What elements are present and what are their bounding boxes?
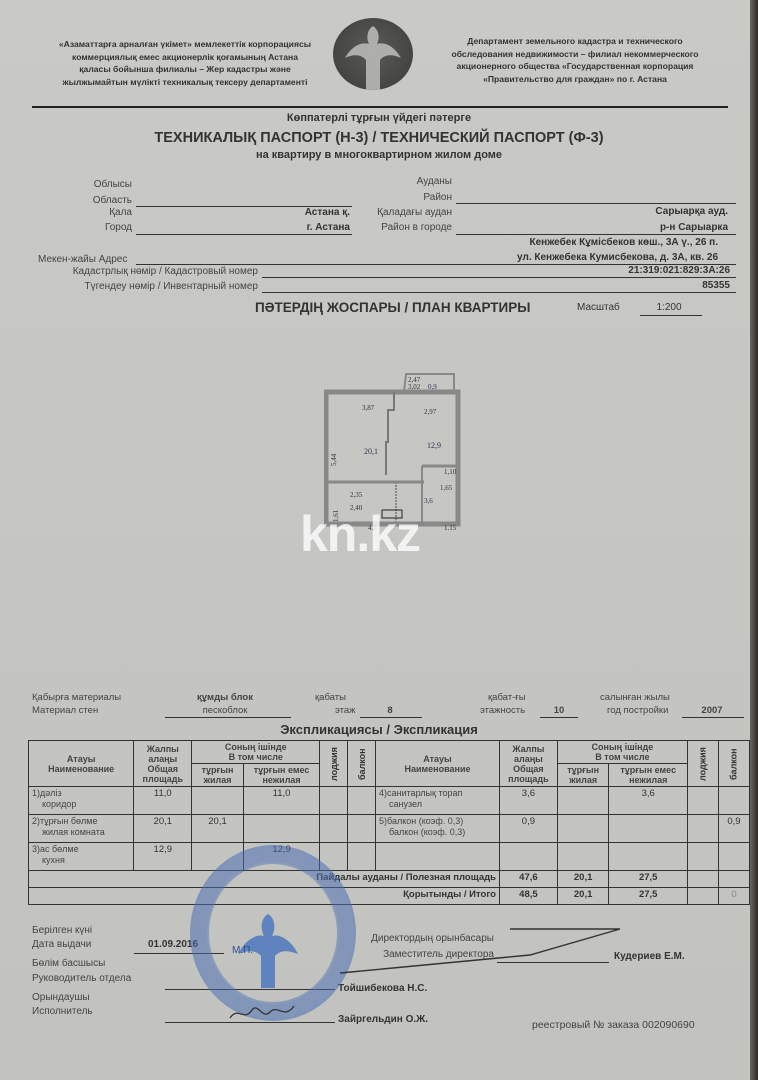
room-name-kz: 4)санитарлық торап xyxy=(379,788,496,799)
city-district-line xyxy=(456,234,736,235)
room-balcony xyxy=(348,815,376,843)
table-row: 2)тұрғын бөлмежилая комната20,120,15)бал… xyxy=(29,815,750,843)
header-text: Соның ішінде xyxy=(561,742,684,752)
room-nonliving xyxy=(243,815,319,843)
year-label-kz: салынған жылы xyxy=(600,692,670,703)
room-nonliving: 3,6 xyxy=(609,787,688,815)
address-value-ru: ул. Кенжебека Кумисбекова, д. 3А, кв. 26 xyxy=(440,252,718,263)
header-balcony: балкон xyxy=(718,741,749,787)
oblys-label-kz: Облысы xyxy=(40,179,132,190)
floors-line xyxy=(540,717,578,718)
room-name-ru: коридор xyxy=(32,799,130,810)
floors-label-ru: этажность xyxy=(480,705,525,716)
grand-total-row: Қорытынды / Итого 48,5 20,1 27,5 0 xyxy=(29,888,750,905)
header-divider xyxy=(32,106,728,108)
grand-loggia xyxy=(687,888,718,905)
header-text: тұрғын xyxy=(561,765,606,775)
room-name-ru: санузел xyxy=(379,799,496,810)
audan-label-kz: Ауданы xyxy=(350,176,452,187)
wall-material-value-ru: пескоблок xyxy=(160,705,290,716)
svg-text:2,35: 2,35 xyxy=(350,491,363,499)
room-total: 0,9 xyxy=(499,815,557,843)
svg-text:1,15: 1,15 xyxy=(444,524,457,530)
room-loggia xyxy=(687,787,718,815)
scale-line xyxy=(640,315,702,316)
header-including: Соның ішіндеВ том числе xyxy=(557,741,687,764)
left-org-line: коммерциялық емес акционерлік қоғамының … xyxy=(20,51,350,64)
svg-text:3,87: 3,87 xyxy=(362,404,375,412)
right-org-line: обследования недвижимости – филиал неком… xyxy=(420,48,730,61)
header-text: Жалпы алаңы xyxy=(503,744,554,764)
header-text: Жалпы алаңы xyxy=(137,744,188,764)
city-value-kz: Астана қ. xyxy=(240,207,350,218)
header-total: Жалпы алаңыОбщая площадь xyxy=(134,741,192,787)
header-text: Наименование xyxy=(32,764,130,774)
room-living xyxy=(557,815,609,843)
executor-label-kz: Орындаушы xyxy=(32,992,90,1003)
city-value-ru: г. Астана xyxy=(240,222,350,233)
room-loggia xyxy=(687,815,718,843)
scale-label: Масштаб xyxy=(577,302,620,313)
room-name: 5)балкон (коэф. 0,3)балкон (коэф. 0,3) xyxy=(376,815,500,843)
svg-text:20,1: 20,1 xyxy=(364,447,378,456)
header-text: Атауы xyxy=(379,754,496,764)
room-living: 20,1 xyxy=(192,815,244,843)
document-title: ТЕХНИКАЛЫҚ ПАСПОРТ (Н-3) / ТЕХНИЧЕСКИЙ П… xyxy=(0,130,758,146)
wall-material-value-kz: құмды блок xyxy=(160,692,290,703)
floors-value: 10 xyxy=(540,705,578,716)
room-name-ru: кухня xyxy=(32,855,130,866)
header-text: Атауы xyxy=(32,754,130,764)
watermark: kn.kz xyxy=(300,505,420,563)
svg-text:5,44: 5,44 xyxy=(330,453,338,466)
svg-text:3,6: 3,6 xyxy=(424,497,433,505)
year-line xyxy=(682,717,744,718)
svg-text:12,9: 12,9 xyxy=(427,441,441,450)
table-header-row: АтауыНаименование Жалпы алаңыОбщая площа… xyxy=(29,741,750,764)
room-total xyxy=(499,843,557,871)
city-line xyxy=(136,234,352,235)
floor-label-ru: этаж xyxy=(335,705,356,716)
room-name xyxy=(376,843,500,871)
header-name: АтауыНаименование xyxy=(29,741,134,787)
header-text: В том числе xyxy=(195,752,316,762)
room-name: 3)ас бөлмекухня xyxy=(29,843,134,871)
header-text: тұрғын емес xyxy=(247,765,316,775)
scale-value: 1:200 xyxy=(640,302,698,313)
title-subtitle: на квартиру в многоквартирном жилом доме xyxy=(0,149,758,161)
registry-number: реестровый № заказа 002090690 xyxy=(532,1019,695,1031)
header-balcony: балкон xyxy=(348,741,376,787)
cadastral-line xyxy=(262,277,736,278)
dim-label: 3,02 xyxy=(408,383,421,391)
table-row: 1)дәлізкоридор11,011,04)санитарлық торап… xyxy=(29,787,750,815)
useful-loggia xyxy=(687,871,718,888)
city-district-value-ru: р-н Сарыарка xyxy=(560,222,728,233)
city-label-ru: Город xyxy=(40,222,132,233)
room-total: 3,6 xyxy=(499,787,557,815)
inventory-value: 85355 xyxy=(560,280,730,291)
room-loggia xyxy=(320,787,348,815)
room-balcony: 0,9 xyxy=(718,815,749,843)
year-value: 2007 xyxy=(682,705,742,716)
left-org-line: «Азаматтарға арналған үкімет» мемлекетті… xyxy=(20,38,350,51)
useful-total: 47,6 xyxy=(499,871,557,888)
head-label-ru: Руководитель отдела xyxy=(32,973,131,984)
address-value-kz: Кенжебек Кұмісбеков көш., 3А ү., 26 п. xyxy=(440,237,718,248)
left-org-header: «Азаматтарға арналған үкімет» мемлекетті… xyxy=(20,38,350,88)
room-name-kz: 1)дәліз xyxy=(32,788,130,799)
right-org-line: «Правительство для граждан» по г. Астана xyxy=(420,73,730,86)
wall-material-line xyxy=(165,717,291,718)
wall-material-label-ru: Материал стен xyxy=(32,705,98,716)
floor-value: 8 xyxy=(360,705,420,716)
room-balcony xyxy=(348,787,376,815)
svg-text:1,10: 1,10 xyxy=(444,468,457,476)
useful-area-row: Пайдалы ауданы / Полезная площадь 47,6 2… xyxy=(29,871,750,888)
header-text: жилая xyxy=(561,775,606,785)
year-label-ru: год постройки xyxy=(607,705,668,716)
table-row: 3)ас бөлмекухня12,912,9 xyxy=(29,843,750,871)
head-name: Тойшибекова Н.С. xyxy=(338,983,427,994)
oblys-label-ru: Область xyxy=(40,195,132,206)
room-total: 20,1 xyxy=(134,815,192,843)
signature-icon xyxy=(228,1000,308,1024)
room-loggia xyxy=(687,843,718,871)
grand-living: 20,1 xyxy=(557,888,609,905)
room-name-kz: 3)ас бөлме xyxy=(32,844,130,855)
useful-balcony xyxy=(718,871,749,888)
room-total: 12,9 xyxy=(134,843,192,871)
room-living xyxy=(192,787,244,815)
address-label: Мекен-жайы Адрес xyxy=(20,254,150,265)
explication-title: Экспликациясы / Экспликация xyxy=(0,722,758,737)
cadastral-value: 21:319:021:829:3А:26 xyxy=(560,265,730,276)
room-name-kz: 5)балкон (коэф. 0,3) xyxy=(379,816,496,827)
city-district-value-kz: Сарыарқа ауд. xyxy=(560,206,728,217)
document-page: «Азаматтарға арналған үкімет» мемлекетті… xyxy=(0,0,750,1080)
issue-date-label-kz: Берілген күні xyxy=(32,925,92,936)
header-text: Общая площадь xyxy=(137,764,188,784)
executor-name: Зайргельдин О.Ж. xyxy=(338,1014,428,1025)
issue-date-label-ru: Дата выдачи xyxy=(32,939,91,950)
city-label-kz: Қала xyxy=(40,207,132,218)
head-label-kz: Бөлім басшысы xyxy=(32,958,105,969)
city-district-label-ru: Район в городе xyxy=(350,222,452,233)
audan-line xyxy=(456,203,736,204)
room-name-kz: 2)тұрғын бөлме xyxy=(32,816,130,827)
right-org-header: Департамент земельного кадастра и технич… xyxy=(420,35,730,85)
room-name-ru: жилая комната xyxy=(32,827,130,838)
emblem-icon xyxy=(333,18,413,90)
executor-label-ru: Исполнитель xyxy=(32,1006,93,1017)
room-living xyxy=(557,843,609,871)
header-including: Соның ішіндеВ том числе xyxy=(192,741,320,764)
header-text: жилая xyxy=(195,775,240,785)
header-living: тұрғынжилая xyxy=(557,764,609,787)
page-edge xyxy=(750,0,758,1080)
room-loggia xyxy=(320,815,348,843)
room-living xyxy=(557,787,609,815)
cadastral-label: Кадастрлық нөмір / Кадастровый номер xyxy=(40,266,258,277)
room-nonliving xyxy=(609,843,688,871)
header-text: нежилая xyxy=(612,775,684,785)
wall-material-label-kz: Қабырға материалы xyxy=(32,692,121,703)
deputy-signature-icon xyxy=(330,925,630,975)
room-balcony xyxy=(348,843,376,871)
useful-living: 20,1 xyxy=(557,871,609,888)
right-org-line: Департамент земельного кадастра и технич… xyxy=(420,35,730,48)
room-name-ru: балкон (коэф. 0,3) xyxy=(379,827,496,838)
room-name: 2)тұрғын бөлмежилая комната xyxy=(29,815,134,843)
room-total: 11,0 xyxy=(134,787,192,815)
header-text: тұрғын xyxy=(195,765,240,775)
title-kz: Көппатерлі тұрғын үйдегі пәтерге xyxy=(0,112,758,124)
left-org-line: қаласы бойынша филиалы – Жер кадастры жә… xyxy=(20,63,350,76)
grand-total: 48,5 xyxy=(499,888,557,905)
header-living: тұрғынжилая xyxy=(192,764,244,787)
plan-title: ПӘТЕРДІҢ ЖОСПАРЫ / ПЛАН КВАРТИРЫ xyxy=(255,300,530,315)
svg-text:2,97: 2,97 xyxy=(424,408,437,416)
room-balcony xyxy=(718,787,749,815)
floor-label-kz: қабаты xyxy=(315,692,346,703)
header-text: Наименование xyxy=(379,764,496,774)
header-nonliving: тұрғын емеснежилая xyxy=(243,764,319,787)
floors-label-kz: қабат-ғы xyxy=(488,692,526,703)
room-name: 4)санитарлық торапсанузел xyxy=(376,787,500,815)
room-balcony xyxy=(718,843,749,871)
header-name: АтауыНаименование xyxy=(376,741,500,787)
city-district-label-kz: Қаладағы аудан xyxy=(350,207,452,218)
room-nonliving xyxy=(609,815,688,843)
room-name: 1)дәлізкоридор xyxy=(29,787,134,815)
header-total: Жалпы алаңыОбщая площадь xyxy=(499,741,557,787)
header-nonliving: тұрғын емеснежилая xyxy=(609,764,688,787)
audan-label-ru: Район xyxy=(350,192,452,203)
svg-text:1,65: 1,65 xyxy=(440,484,453,492)
header-text: Соның ішінде xyxy=(195,742,316,752)
room-nonliving: 11,0 xyxy=(243,787,319,815)
left-org-line: жылжымайтын мүлікті техникалық тексеру д… xyxy=(20,76,350,89)
inventory-line xyxy=(262,292,736,293)
useful-nonliving: 27,5 xyxy=(609,871,688,888)
header-text: Общая площадь xyxy=(503,764,554,784)
svg-text:0,9: 0,9 xyxy=(428,383,437,391)
right-org-line: акционерного общества «Государственная к… xyxy=(420,60,730,73)
header-text: тұрғын емес xyxy=(612,765,684,775)
header-loggia: лоджия xyxy=(687,741,718,787)
stamp-label: М.П. xyxy=(232,945,253,956)
inventory-label: Түгендеу нөмір / Инвентарный номер xyxy=(40,281,258,292)
header-loggia: лоджия xyxy=(320,741,348,787)
header-text: нежилая xyxy=(247,775,316,785)
grand-nonliving: 27,5 xyxy=(609,888,688,905)
explication-table: АтауыНаименование Жалпы алаңыОбщая площа… xyxy=(28,740,750,905)
grand-balcony: 0 xyxy=(718,888,749,905)
header-text: В том числе xyxy=(561,752,684,762)
floor-line xyxy=(360,717,422,718)
